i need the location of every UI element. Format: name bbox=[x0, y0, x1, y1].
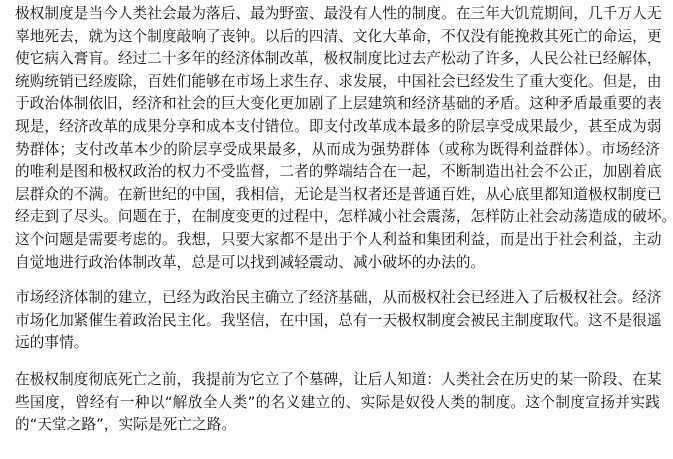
text-line: 极权制度是当今人类社会最为落后、最为野蛮、最没有人性的制度。在三年大饥荒期间，几… bbox=[15, 3, 660, 26]
text-line: 使它病入膏肓。经过二十多年的经济体制改革，极权制度比过去产松动了许多，人民公社已… bbox=[15, 48, 660, 71]
text-line: 于政治体制依旧，经济和社会的巨大变化更加剧了上层建筑和经济基础的矛盾。这种矛盾最… bbox=[15, 93, 660, 116]
text-line: 这个问题是需要考虑的。我想，只要大家都不是出于个人利益和集团利益，而是出于社会利… bbox=[15, 229, 660, 252]
document-page: 极权制度是当今人类社会最为落后、最为野蛮、最没有人性的制度。在三年大饥荒期间，几… bbox=[0, 0, 673, 459]
paragraph-2: 市场经济体制的建立，已经为政治民主确立了经济基础，从而极权社会已经进入了后极权社… bbox=[15, 287, 660, 355]
text-line: 势群体；支付改革本少的阶层享受成果最多，从而成为强势群体（或称为既得利益群体）。… bbox=[15, 139, 660, 162]
text-line: 的唯利是图和极权政治的权力不受监督，二者的弊端结合在一起，不断制造出社会不公正，… bbox=[15, 161, 660, 184]
text-line: 现是，经济改革的成果分享和成本支付错位。即支付改革成本最多的阶层享受成果最少，甚… bbox=[15, 116, 660, 139]
text-line: 远的事情。 bbox=[15, 332, 660, 355]
text-line: 经走到了尽头。问题在于，在制度变更的过程中，怎样减小社会震荡，怎样防止社会动荡造… bbox=[15, 206, 660, 229]
text-line: 在极权制度彻底死亡之前，我提前为它立了个墓碑，让后人知道：人类社会在历史的某一阶… bbox=[15, 369, 660, 392]
text-line: 辜地死去，就为这个制度敲响了丧钟。以后的四清、文化大革命，不仅没有能挽救其死亡的… bbox=[15, 26, 660, 49]
text-line: 些国度，曾经有一种以“解放全人类”的名义建立的、实际是奴役人类的制度。这个制度宣… bbox=[15, 392, 660, 415]
paragraph-3: 在极权制度彻底死亡之前，我提前为它立了个墓碑，让后人知道：人类社会在历史的某一阶… bbox=[15, 369, 660, 437]
text-line: 层群众的不满。在新世纪的中国，我相信，无论是当权者还是普通百姓，从心底里都知道极… bbox=[15, 184, 660, 207]
text-line: 市场化加紧催生着政治民主化。我坚信，在中国，总有一天极权制度会被民主制度取代。这… bbox=[15, 310, 660, 333]
text-line: 自觉地进行政治体制改革，总是可以找到减轻震动、减小破坏的办法的。 bbox=[15, 252, 660, 275]
text-line: 统购统销已经废除，百姓们能够在市场上求生存、求发展，中国社会已经发生了重大变化。… bbox=[15, 71, 660, 94]
text-line: 市场经济体制的建立，已经为政治民主确立了经济基础，从而极权社会已经进入了后极权社… bbox=[15, 287, 660, 310]
text-line: 的“天堂之路”，实际是死亡之路。 bbox=[15, 414, 660, 437]
paragraph-1: 极权制度是当今人类社会最为落后、最为野蛮、最没有人性的制度。在三年大饥荒期间，几… bbox=[15, 3, 660, 274]
